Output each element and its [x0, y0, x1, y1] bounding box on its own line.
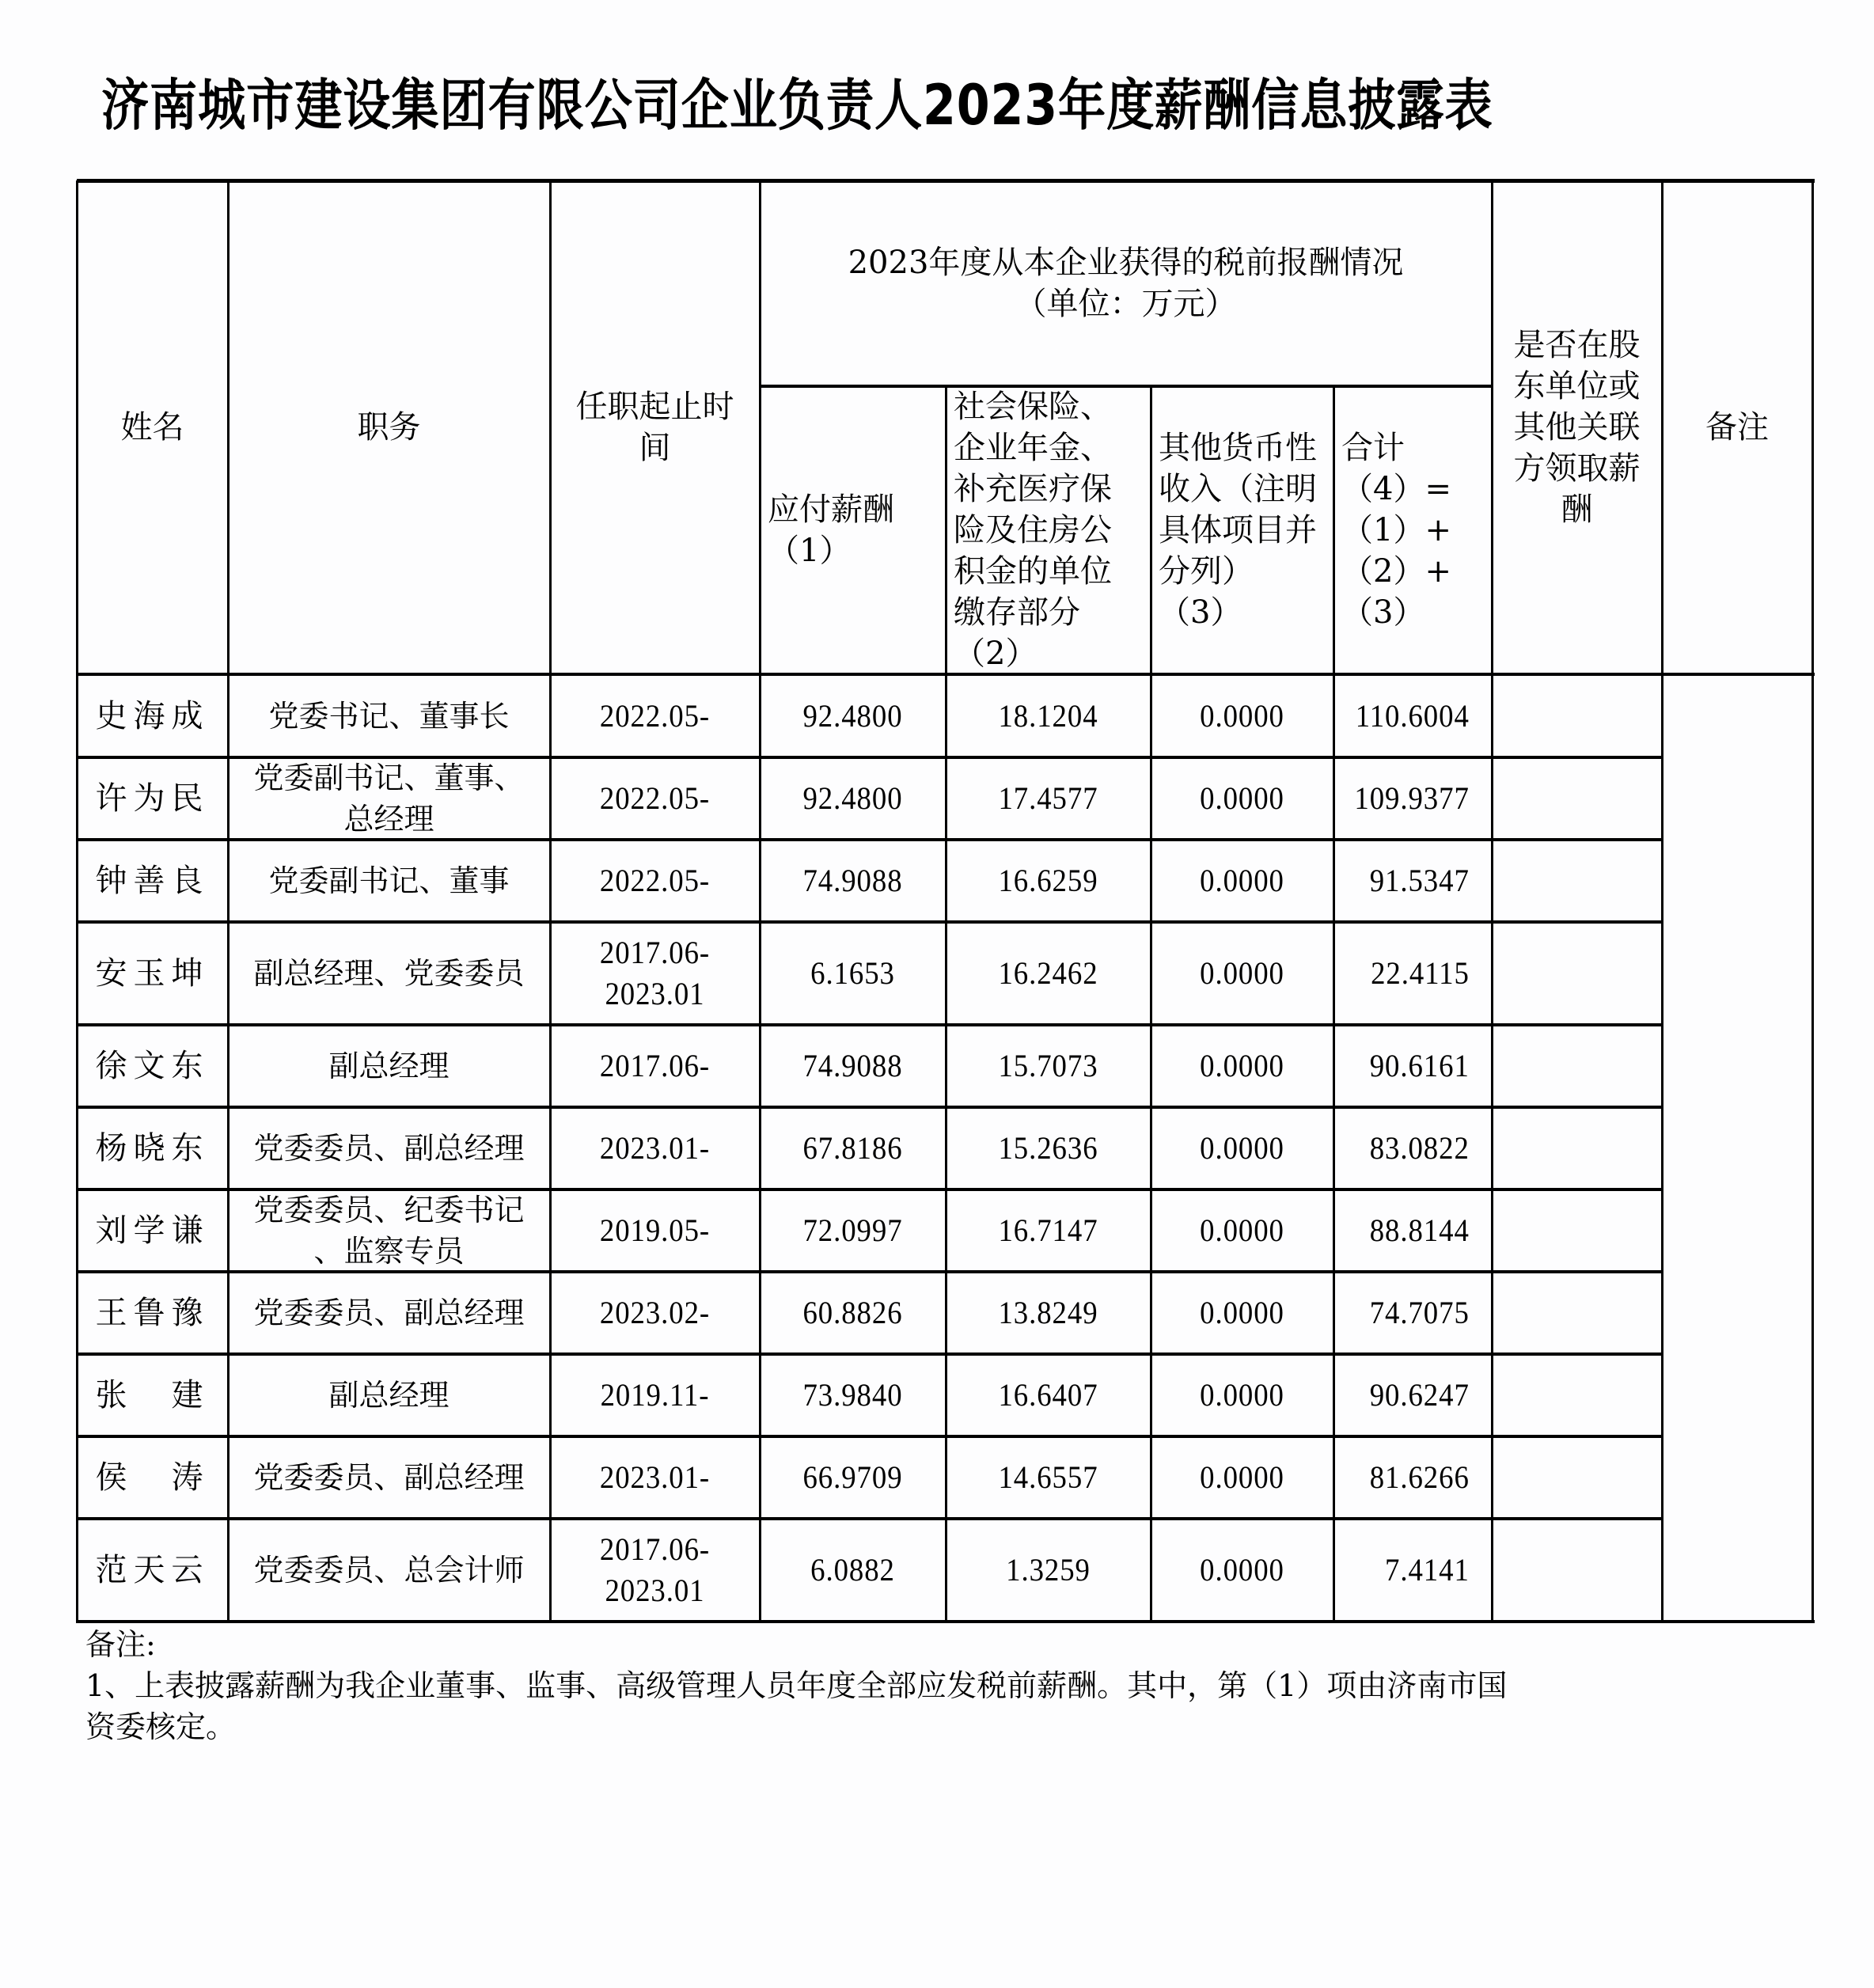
cell-social-insurance: 16.2462	[954, 922, 1142, 1025]
cell-salary: 67.8186	[767, 1107, 938, 1189]
cell-social-insurance-text: 15.2636	[998, 1128, 1098, 1169]
header-salary-text: 应付薪酬 （1）	[768, 489, 894, 571]
cell-remarks-merged	[1662, 674, 1812, 1622]
compensation-table: 姓名职务任职起止时 间2023年度从本企业获得的税前报酬情况 （单位：万元）应付…	[0, 0, 1874, 1662]
cell-other-income-text: 0.0000	[1200, 1128, 1284, 1169]
cell-tenure: 2017.06-	[559, 1025, 752, 1107]
cell-name-text: 刘学谦	[96, 1210, 210, 1251]
cell-name-text: 范天云	[96, 1550, 210, 1591]
cell-tenure: 2019.11-	[559, 1354, 752, 1436]
cell-total-text: 7.4141	[1385, 1550, 1470, 1591]
cell-other-income-text: 0.0000	[1200, 953, 1284, 994]
header-total-text: 合计 （4）= （1）+ （2）+ （3）	[1341, 427, 1451, 633]
cell-other-income: 0.0000	[1158, 922, 1326, 1025]
cell-tenure-text: 2017.06-	[600, 1045, 710, 1087]
header-position: 职务	[228, 180, 550, 674]
cell-tenure-text: 2022.05-	[600, 696, 710, 737]
cell-social-insurance: 18.1204	[954, 674, 1142, 757]
cell-other-income-text: 0.0000	[1200, 778, 1284, 819]
cell-position-text: 党委委员、纪委书记 、监察专员	[253, 1189, 524, 1272]
cell-salary-text: 92.4800	[802, 696, 902, 737]
cell-tenure-text: 2017.06- 2023.01	[600, 1529, 710, 1611]
cell-name: 史海成	[77, 674, 228, 757]
cell-tenure-text: 2023.02-	[600, 1292, 710, 1334]
cell-name-text: 史海成	[96, 696, 210, 737]
cell-social-insurance-text: 16.7147	[998, 1210, 1098, 1251]
cell-salary: 92.4800	[767, 674, 938, 757]
cell-tenure: 2022.05-	[559, 840, 752, 922]
cell-tenure: 2023.01-	[559, 1107, 752, 1189]
cell-total: 83.0822	[1340, 1107, 1485, 1189]
cell-salary: 92.4800	[767, 757, 938, 840]
cell-salary-text: 74.9088	[802, 1045, 902, 1087]
cell-other-income-text: 0.0000	[1200, 860, 1284, 901]
cell-name: 侯 涛	[77, 1436, 228, 1519]
cell-name-text: 王鲁豫	[96, 1292, 210, 1334]
cell-related-party	[1492, 922, 1662, 1025]
cell-related-party	[1492, 1272, 1662, 1354]
cell-salary-text: 74.9088	[802, 860, 902, 901]
cell-salary-text: 60.8826	[802, 1292, 902, 1334]
cell-position-text: 党委委员、总会计师	[253, 1550, 524, 1591]
cell-social-insurance: 1.3259	[954, 1519, 1142, 1622]
cell-other-income-text: 0.0000	[1200, 1292, 1284, 1334]
cell-tenure: 2017.06- 2023.01	[559, 922, 752, 1025]
cell-tenure-text: 2023.01-	[600, 1457, 710, 1498]
cell-tenure-text: 2023.01-	[600, 1128, 710, 1169]
cell-total: 110.6004	[1340, 674, 1485, 757]
header-related-party-text: 是否在股 东单位或 其他关联 方领取薪 酬	[1514, 324, 1641, 530]
cell-tenure: 2022.05-	[559, 674, 752, 757]
cell-social-insurance: 13.8249	[954, 1272, 1142, 1354]
cell-related-party	[1492, 1519, 1662, 1622]
cell-total: 91.5347	[1340, 840, 1485, 922]
cell-tenure: 2022.05-	[559, 757, 752, 840]
cell-salary: 66.9709	[767, 1436, 938, 1519]
cell-social-insurance: 15.7073	[954, 1025, 1142, 1107]
cell-name: 刘学谦	[77, 1189, 228, 1272]
cell-total: 22.4115	[1340, 922, 1485, 1025]
cell-position-text: 党委委员、副总经理	[253, 1292, 524, 1334]
cell-name: 徐文东	[77, 1025, 228, 1107]
cell-tenure: 2017.06- 2023.01	[559, 1519, 752, 1622]
cell-other-income: 0.0000	[1158, 757, 1326, 840]
cell-name-text: 徐文东	[96, 1045, 210, 1087]
header-social-insurance-text: 社会保险、 企业年金、 补充医疗保 险及住房公 积金的单位 缴存部分 （2）	[954, 386, 1112, 674]
cell-tenure-text: 2017.06- 2023.01	[600, 932, 710, 1015]
cell-social-insurance: 16.7147	[954, 1189, 1142, 1272]
cell-salary-text: 67.8186	[802, 1128, 902, 1169]
cell-total: 109.9377	[1340, 757, 1485, 840]
cell-tenure: 2023.02-	[559, 1272, 752, 1354]
header-remarks: 备注	[1662, 180, 1812, 674]
cell-social-insurance-text: 16.2462	[998, 953, 1098, 994]
notes-line-1: 1、上表披露薪酬为我企业董事、监事、高级管理人员年度全部应发税前薪酬。其中，第（…	[85, 1665, 1507, 1706]
header-remarks-text: 备注	[1705, 407, 1769, 448]
cell-salary: 6.0882	[767, 1519, 938, 1622]
cell-name: 钟善良	[77, 840, 228, 922]
cell-name-text: 张 建	[96, 1375, 210, 1416]
cell-other-income-text: 0.0000	[1200, 1375, 1284, 1416]
header-total: 合计 （4）= （1）+ （2）+ （3）	[1333, 386, 1492, 674]
cell-position: 副总经理	[228, 1354, 550, 1436]
cell-position: 副总经理	[228, 1025, 550, 1107]
cell-total-text: 81.6266	[1370, 1457, 1470, 1498]
cell-position-text: 副总经理	[328, 1045, 449, 1087]
cell-related-party	[1492, 1354, 1662, 1436]
cell-social-insurance-text: 15.7073	[998, 1045, 1098, 1087]
notes-label: 备注:	[85, 1624, 1507, 1665]
cell-social-insurance: 15.2636	[954, 1107, 1142, 1189]
cell-other-income: 0.0000	[1158, 1107, 1326, 1189]
cell-salary-text: 6.0882	[810, 1550, 895, 1591]
cell-other-income: 0.0000	[1158, 840, 1326, 922]
cell-name: 许为民	[77, 757, 228, 840]
cell-tenure-text: 2022.05-	[600, 778, 710, 819]
cell-name-text: 侯 涛	[96, 1457, 210, 1498]
cell-position: 副总经理、党委委员	[228, 922, 550, 1025]
cell-related-party	[1492, 1107, 1662, 1189]
cell-social-insurance: 17.4577	[954, 757, 1142, 840]
cell-total: 74.7075	[1340, 1272, 1485, 1354]
header-compensation-group-text: 2023年度从本企业获得的税前报酬情况 （单位：万元）	[848, 242, 1404, 324]
cell-other-income: 0.0000	[1158, 1025, 1326, 1107]
cell-position-text: 副总经理、党委委员	[253, 953, 524, 994]
header-related-party: 是否在股 东单位或 其他关联 方领取薪 酬	[1492, 180, 1662, 674]
cell-other-income-text: 0.0000	[1200, 696, 1284, 737]
cell-total-text: 88.8144	[1370, 1210, 1470, 1251]
cell-total: 90.6247	[1340, 1354, 1485, 1436]
header-tenure: 任职起止时 间	[550, 180, 760, 674]
cell-social-insurance-text: 1.3259	[1006, 1550, 1091, 1591]
cell-social-insurance: 16.6407	[954, 1354, 1142, 1436]
cell-other-income: 0.0000	[1158, 1354, 1326, 1436]
cell-social-insurance-text: 14.6557	[998, 1457, 1098, 1498]
cell-related-party	[1492, 674, 1662, 757]
header-social-insurance: 社会保险、 企业年金、 补充医疗保 险及住房公 积金的单位 缴存部分 （2）	[946, 386, 1151, 674]
cell-tenure: 2023.01-	[559, 1436, 752, 1519]
cell-other-income: 0.0000	[1158, 1272, 1326, 1354]
header-compensation-group: 2023年度从本企业获得的税前报酬情况 （单位：万元）	[760, 180, 1492, 386]
cell-other-income-text: 0.0000	[1200, 1210, 1284, 1251]
cell-name: 杨晓东	[77, 1107, 228, 1189]
cell-name: 张 建	[77, 1354, 228, 1436]
header-tenure-text: 任职起止时 间	[576, 386, 734, 469]
cell-total: 90.6161	[1340, 1025, 1485, 1107]
cell-social-insurance-text: 13.8249	[998, 1292, 1098, 1334]
cell-position: 党委书记、董事长	[228, 674, 550, 757]
cell-name-text: 杨晓东	[96, 1128, 210, 1169]
cell-position: 党委委员、纪委书记 、监察专员	[228, 1189, 550, 1272]
cell-position: 党委委员、副总经理	[228, 1272, 550, 1354]
cell-total-text: 109.9377	[1354, 778, 1469, 819]
cell-position-text: 党委副书记、董事、 总经理	[253, 757, 524, 840]
cell-position-text: 党委副书记、董事	[268, 860, 509, 901]
cell-salary-text: 72.0997	[802, 1210, 902, 1251]
cell-name-text: 安玉坤	[96, 953, 210, 994]
cell-other-income-text: 0.0000	[1200, 1550, 1284, 1591]
cell-name-text: 许为民	[96, 778, 210, 819]
cell-other-income-text: 0.0000	[1200, 1457, 1284, 1498]
cell-social-insurance-text: 17.4577	[998, 778, 1098, 819]
cell-related-party	[1492, 1436, 1662, 1519]
cell-position: 党委副书记、董事	[228, 840, 550, 922]
cell-related-party	[1492, 1189, 1662, 1272]
cell-tenure-text: 2019.05-	[600, 1210, 710, 1251]
cell-position: 党委委员、副总经理	[228, 1107, 550, 1189]
cell-related-party	[1492, 757, 1662, 840]
cell-name-text: 钟善良	[96, 860, 210, 901]
cell-salary-text: 66.9709	[802, 1457, 902, 1498]
cell-social-insurance: 16.6259	[954, 840, 1142, 922]
cell-other-income: 0.0000	[1158, 674, 1326, 757]
cell-other-income: 0.0000	[1158, 1189, 1326, 1272]
cell-total: 7.4141	[1340, 1519, 1485, 1622]
cell-position-text: 党委委员、副总经理	[253, 1457, 524, 1498]
header-name-text: 姓名	[121, 407, 184, 448]
cell-name: 王鲁豫	[77, 1272, 228, 1354]
cell-related-party	[1492, 1025, 1662, 1107]
cell-salary: 6.1653	[767, 922, 938, 1025]
cell-salary: 60.8826	[767, 1272, 938, 1354]
cell-total-text: 83.0822	[1370, 1128, 1470, 1169]
cell-total-text: 22.4115	[1371, 953, 1470, 994]
header-position-text: 职务	[358, 407, 421, 448]
cell-total: 88.8144	[1340, 1189, 1485, 1272]
cell-total-text: 110.6004	[1356, 696, 1470, 737]
cell-position: 党委副书记、董事、 总经理	[228, 757, 550, 840]
cell-salary-text: 6.1653	[810, 953, 895, 994]
cell-total-text: 90.6247	[1370, 1375, 1470, 1416]
cell-related-party	[1492, 840, 1662, 922]
cell-total-text: 74.7075	[1370, 1292, 1470, 1334]
cell-total-text: 90.6161	[1370, 1045, 1470, 1087]
cell-salary: 74.9088	[767, 1025, 938, 1107]
cell-position-text: 党委书记、董事长	[268, 696, 509, 737]
header-other-income-text: 其他货币性 收入（注明 具体项目并 分列） （3）	[1159, 427, 1317, 633]
cell-social-insurance-text: 16.6259	[998, 860, 1098, 901]
cell-other-income-text: 0.0000	[1200, 1045, 1284, 1087]
cell-name: 安玉坤	[77, 922, 228, 1025]
header-name: 姓名	[77, 180, 228, 674]
cell-social-insurance-text: 18.1204	[998, 696, 1098, 737]
cell-social-insurance-text: 16.6407	[998, 1375, 1098, 1416]
cell-salary-text: 92.4800	[802, 778, 902, 819]
cell-salary: 74.9088	[767, 840, 938, 922]
cell-salary: 72.0997	[767, 1189, 938, 1272]
cell-position-text: 副总经理	[328, 1375, 449, 1416]
cell-position: 党委委员、总会计师	[228, 1519, 550, 1622]
cell-total-text: 91.5347	[1370, 860, 1470, 901]
cell-total: 81.6266	[1340, 1436, 1485, 1519]
notes-line-2: 资委核定。	[85, 1706, 1507, 1747]
cell-tenure: 2019.05-	[559, 1189, 752, 1272]
cell-salary-text: 73.9840	[802, 1375, 902, 1416]
cell-position: 党委委员、副总经理	[228, 1436, 550, 1519]
cell-tenure-text: 2019.11-	[601, 1375, 710, 1416]
header-other-income: 其他货币性 收入（注明 具体项目并 分列） （3）	[1151, 386, 1333, 674]
cell-other-income: 0.0000	[1158, 1436, 1326, 1519]
header-salary: 应付薪酬 （1）	[760, 386, 946, 674]
cell-tenure-text: 2022.05-	[600, 860, 710, 901]
cell-position-text: 党委委员、副总经理	[253, 1128, 524, 1169]
notes-section: 备注: 1、上表披露薪酬为我企业董事、监事、高级管理人员年度全部应发税前薪酬。其…	[85, 1624, 1507, 1747]
cell-salary: 73.9840	[767, 1354, 938, 1436]
cell-other-income: 0.0000	[1158, 1519, 1326, 1622]
cell-social-insurance: 14.6557	[954, 1436, 1142, 1519]
cell-name: 范天云	[77, 1519, 228, 1622]
